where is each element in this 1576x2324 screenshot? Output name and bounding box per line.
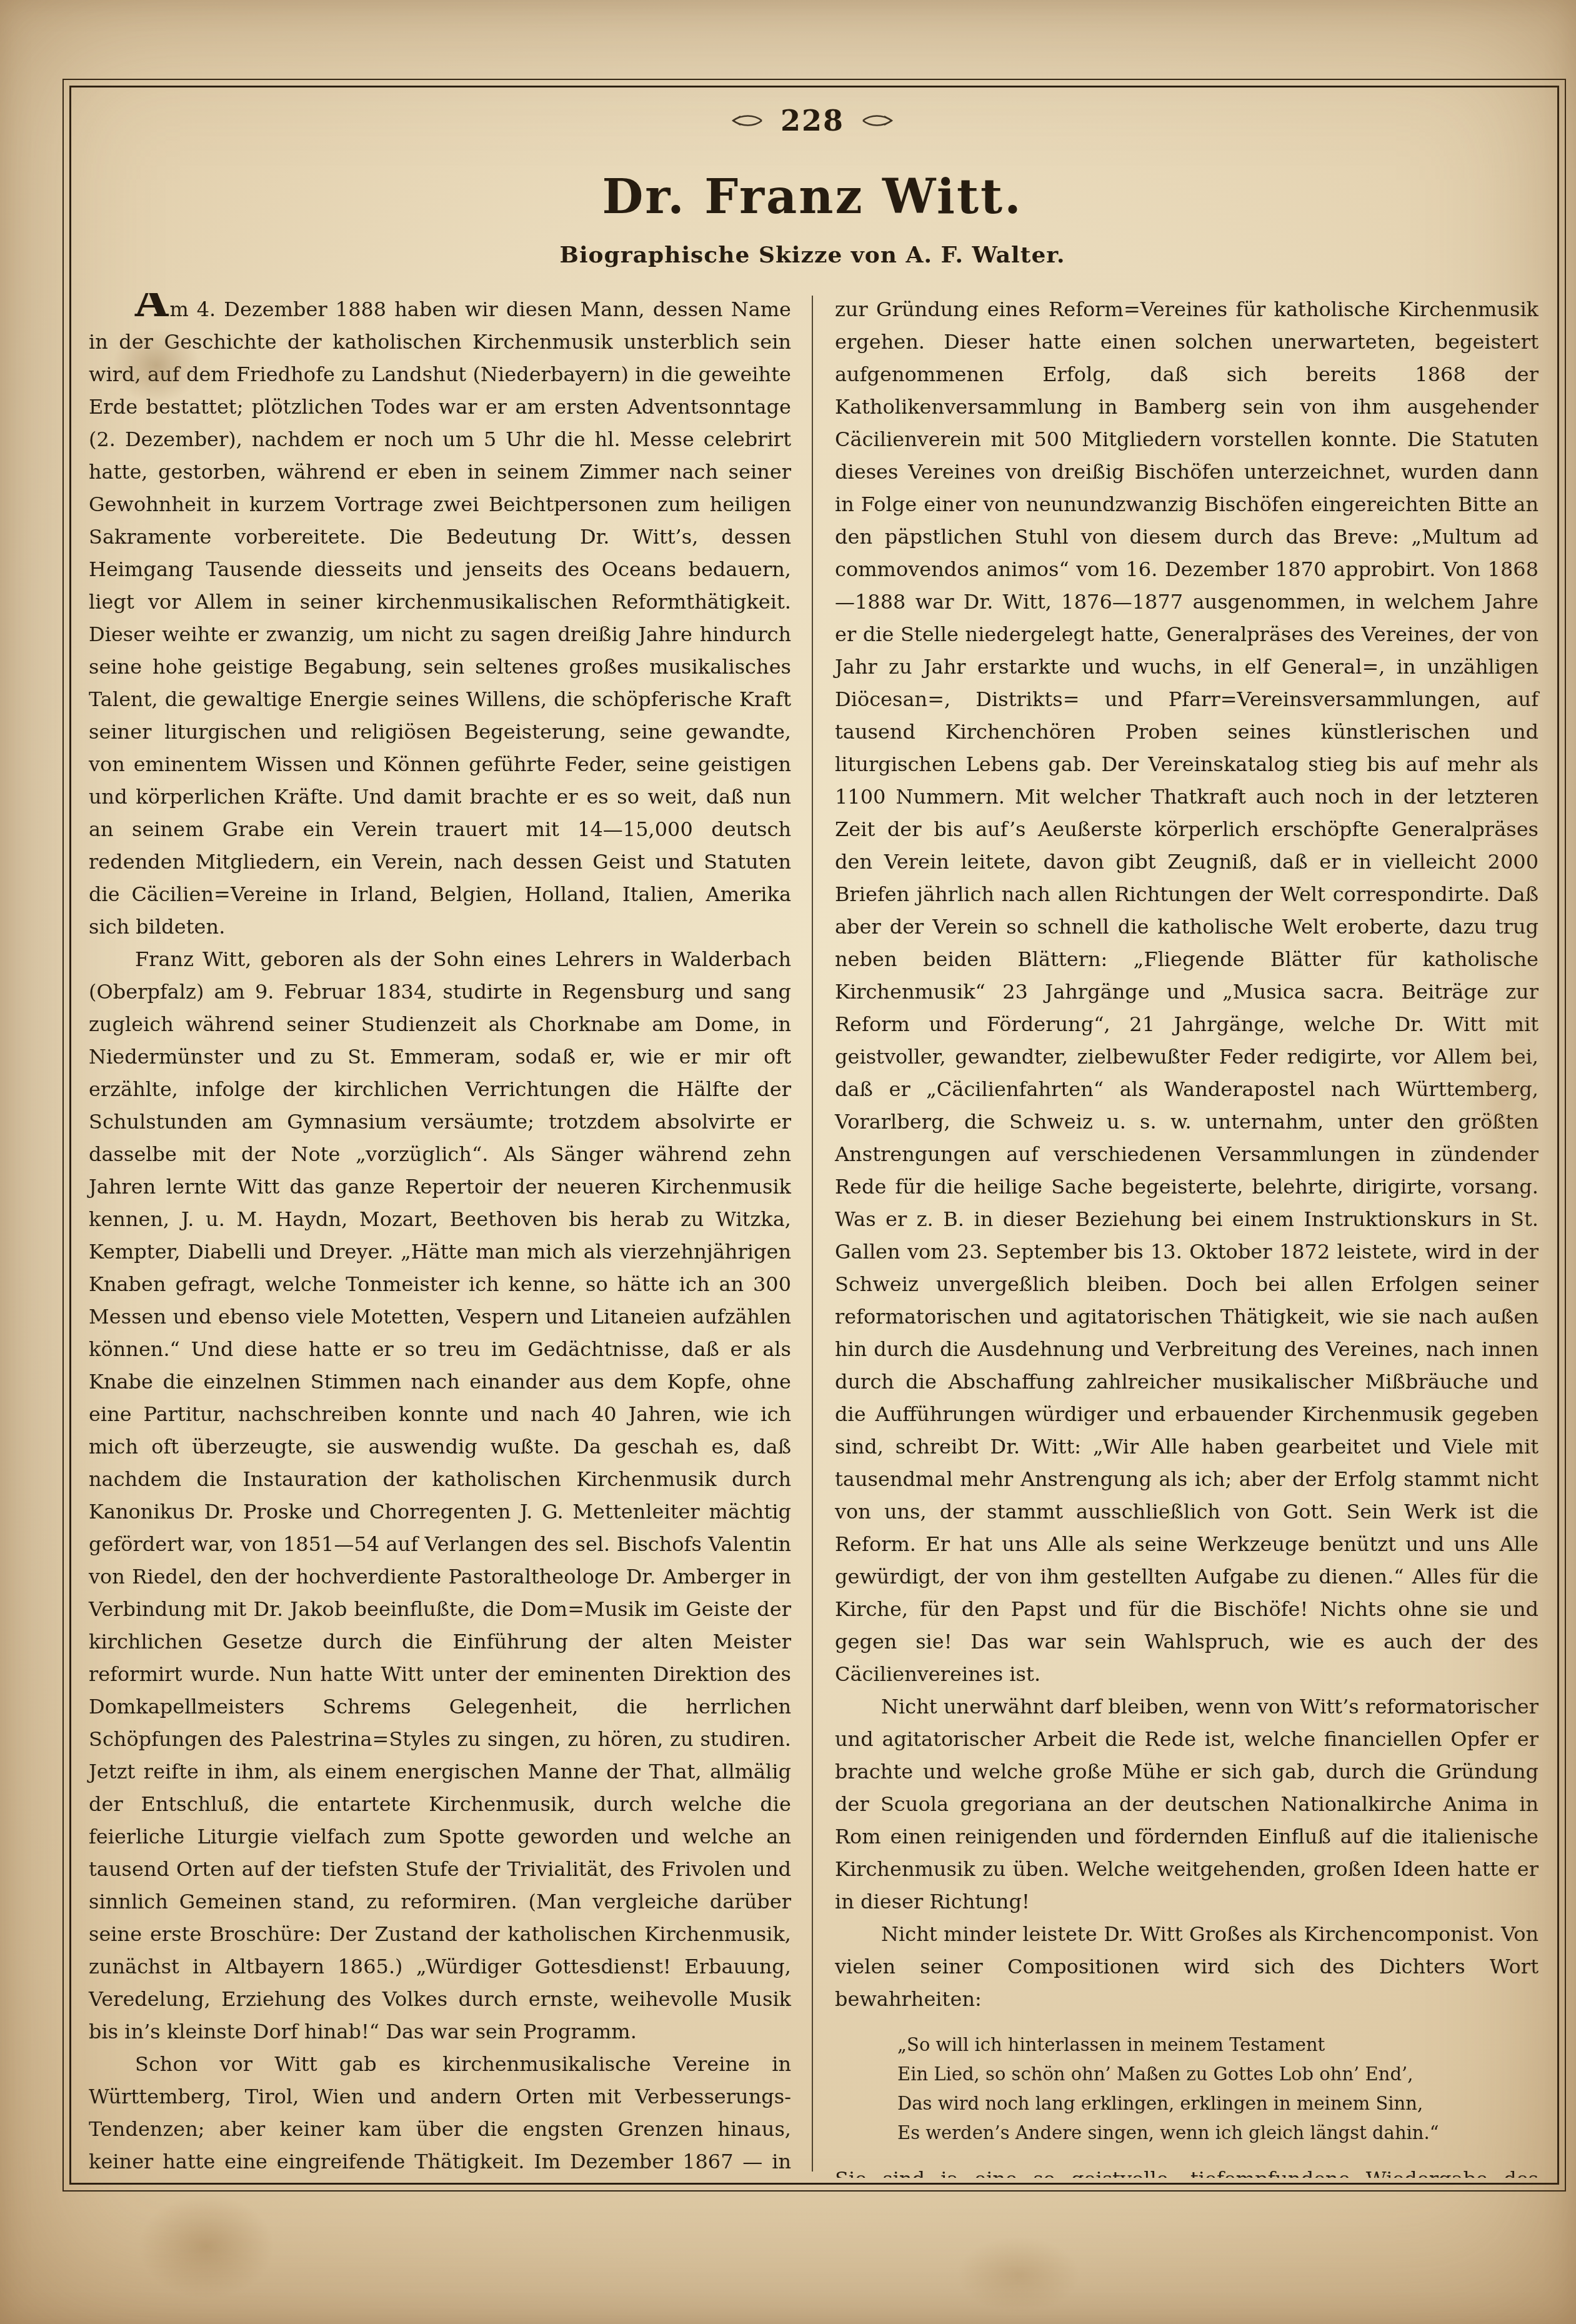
paper-stain	[112, 2175, 300, 2318]
paper-stain	[937, 2225, 1100, 2324]
page-border-outer: 228 Dr. Franz Witt. Biographische Skizze…	[62, 79, 1566, 2192]
article-title: Dr. Franz Witt.	[81, 169, 1544, 224]
paragraph: zur Gründung eines Reform=Vereines für k…	[835, 293, 1539, 1690]
page-number: 228	[781, 104, 844, 137]
page-border-inner: 228 Dr. Franz Witt. Biographische Skizze…	[69, 86, 1559, 2185]
left-column: Am 4. Dezember 1888 haben wir diesen Man…	[81, 293, 812, 2178]
page-content: 228 Dr. Franz Witt. Biographische Skizze…	[81, 94, 1544, 2174]
paragraph: Franz Witt, geboren als der Sohn eines L…	[89, 943, 791, 2048]
verse-line: Ein Lied, so schön ohn’ Maßen zu Gottes …	[897, 2060, 1539, 2089]
column-divider-rule	[812, 296, 813, 2172]
paragraph: Nicht unerwähnt darf bleiben, wenn von W…	[835, 1690, 1539, 1918]
paragraph: Am 4. Dezember 1888 haben wir diesen Man…	[89, 293, 791, 943]
paragraph: Nicht minder leistete Dr. Witt Großes al…	[835, 1918, 1539, 2015]
page-number-row: 228	[81, 104, 1544, 137]
scanned-page: 228 Dr. Franz Witt. Biographische Skizze…	[0, 0, 1576, 2324]
leaf-arrow-right-icon	[862, 112, 894, 129]
right-column: zur Gründung eines Reform=Vereines für k…	[812, 293, 1544, 2178]
verse-line: Es werden’s Andere singen, wenn ich glei…	[897, 2118, 1539, 2148]
verse-block: „So will ich hinterlassen in meinem Test…	[897, 2030, 1539, 2148]
leaf-arrow-left-icon	[731, 112, 763, 129]
verse-line: „So will ich hinterlassen in meinem Test…	[897, 2030, 1539, 2060]
verse-line: Das wird noch lang erklingen, erklingen …	[897, 2089, 1539, 2118]
paragraph: Sie sind ja eine so geistvolle, tiefempf…	[835, 2163, 1539, 2178]
text-columns: Am 4. Dezember 1888 haben wir diesen Man…	[81, 293, 1544, 2178]
paragraph: Schon vor Witt gab es kirchenmusikalisch…	[89, 2048, 791, 2178]
page-header: 228 Dr. Franz Witt. Biographische Skizze…	[81, 104, 1544, 268]
article-subtitle: Biographische Skizze von A. F. Walter.	[81, 242, 1544, 268]
